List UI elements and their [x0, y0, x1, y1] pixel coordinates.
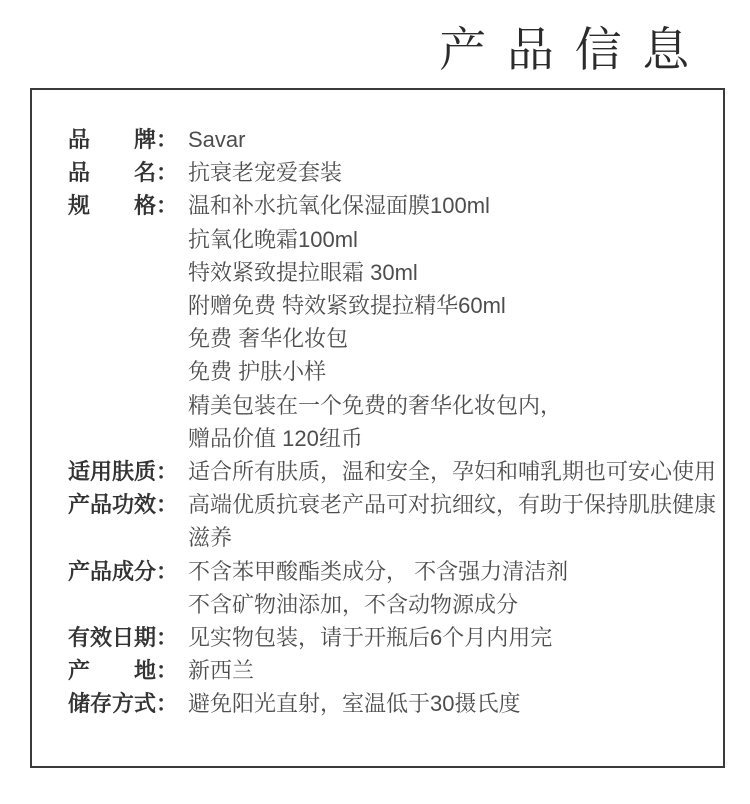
info-value-line: 抗氧化晚霜100ml [188, 223, 719, 256]
info-label: 有效日期： [68, 621, 188, 654]
info-label-colon: ： [156, 687, 178, 720]
info-value-line: 适合所有肤质，温和安全，孕妇和哺乳期也可安心使用 [188, 455, 719, 488]
info-value-line: 见实物包装，请于开瓶后6个月内用完 [188, 621, 719, 654]
info-value-line: 滋养 [188, 521, 719, 554]
info-label: 适用肤质： [68, 455, 188, 488]
product-info-page: 产品信息 品牌：Savar品名：抗衰老宠爱套装规格：温和补水抗氧化保湿面膜100… [0, 0, 750, 804]
info-value-line: 赠品价值 120纽币 [188, 422, 719, 455]
info-value-line: Savar [188, 123, 719, 156]
info-row: 产品功效：高端优质抗衰老产品可对抗细纹，有助于保持肌肤健康滋养 [68, 488, 719, 554]
info-label-colon: ： [156, 123, 178, 156]
info-row: 储存方式：避免阳光直射，室温低于30摄氏度 [68, 687, 719, 720]
info-label-text: 储存方式 [68, 687, 156, 720]
info-label-colon: ： [156, 621, 178, 654]
info-label-colon: ： [156, 488, 178, 521]
info-label: 规格： [68, 189, 188, 222]
info-label-text: 产品成分 [68, 555, 156, 588]
info-label: 品牌： [68, 123, 188, 156]
info-value: 抗衰老宠爱套装 [188, 156, 719, 189]
info-label-colon: ： [156, 455, 178, 488]
info-row: 品名：抗衰老宠爱套装 [68, 156, 719, 189]
info-value-line: 不含苯甲酸酯类成分， 不含强力清洁剂 [188, 555, 719, 588]
info-value-line: 附赠免费 特效紧致提拉精华60ml [188, 289, 719, 322]
info-row: 规格：温和补水抗氧化保湿面膜100ml抗氧化晚霜100ml特效紧致提拉眼霜 30… [68, 189, 719, 455]
info-label-text: 品名 [68, 156, 156, 189]
info-label: 产品功效： [68, 488, 188, 521]
info-value-line: 免费 奢华化妆包 [188, 322, 719, 355]
page-title: 产品信息 [439, 26, 710, 76]
info-label-text: 适用肤质 [68, 455, 156, 488]
info-value-line: 特效紧致提拉眼霜 30ml [188, 256, 719, 289]
info-label-colon: ： [156, 189, 178, 222]
info-value-line: 不含矿物油添加，不含动物源成分 [188, 588, 719, 621]
product-info-panel: 品牌：Savar品名：抗衰老宠爱套装规格：温和补水抗氧化保湿面膜100ml抗氧化… [30, 88, 725, 768]
info-value-line: 避免阳光直射，室温低于30摄氏度 [188, 687, 719, 720]
info-label-colon: ： [156, 654, 178, 687]
info-value: 新西兰 [188, 654, 719, 687]
info-label-text: 产品功效 [68, 488, 156, 521]
info-row: 产品成分：不含苯甲酸酯类成分， 不含强力清洁剂不含矿物油添加，不含动物源成分 [68, 555, 719, 621]
info-label-colon: ： [156, 555, 178, 588]
info-value: 高端优质抗衰老产品可对抗细纹，有助于保持肌肤健康滋养 [188, 488, 719, 554]
info-value-line: 高端优质抗衰老产品可对抗细纹，有助于保持肌肤健康 [188, 488, 719, 521]
info-row: 品牌：Savar [68, 123, 719, 156]
info-label: 产品成分： [68, 555, 188, 588]
info-label-text: 产地 [68, 654, 156, 687]
info-value-line: 温和补水抗氧化保湿面膜100ml [188, 189, 719, 222]
info-rows: 品牌：Savar品名：抗衰老宠爱套装规格：温和补水抗氧化保湿面膜100ml抗氧化… [68, 123, 719, 721]
info-value: Savar [188, 123, 719, 156]
info-label: 储存方式： [68, 687, 188, 720]
info-value: 不含苯甲酸酯类成分， 不含强力清洁剂不含矿物油添加，不含动物源成分 [188, 555, 719, 621]
info-value-line: 新西兰 [188, 654, 719, 687]
info-value: 温和补水抗氧化保湿面膜100ml抗氧化晚霜100ml特效紧致提拉眼霜 30ml附… [188, 189, 719, 455]
info-label-text: 有效日期 [68, 621, 156, 654]
info-value-line: 抗衰老宠爱套装 [188, 156, 719, 189]
info-label: 品名： [68, 156, 188, 189]
info-value: 避免阳光直射，室温低于30摄氏度 [188, 687, 719, 720]
info-row: 有效日期：见实物包装，请于开瓶后6个月内用完 [68, 621, 719, 654]
info-value-line: 免费 护肤小样 [188, 355, 719, 388]
info-label: 产地： [68, 654, 188, 687]
info-value-line: 精美包装在一个免费的奢华化妆包内， [188, 389, 719, 422]
info-label-colon: ： [156, 156, 178, 189]
info-row: 适用肤质：适合所有肤质，温和安全，孕妇和哺乳期也可安心使用 [68, 455, 719, 488]
info-label-text: 规格 [68, 189, 156, 222]
info-value: 见实物包装，请于开瓶后6个月内用完 [188, 621, 719, 654]
info-label-text: 品牌 [68, 123, 156, 156]
info-row: 产地：新西兰 [68, 654, 719, 687]
info-value: 适合所有肤质，温和安全，孕妇和哺乳期也可安心使用 [188, 455, 719, 488]
